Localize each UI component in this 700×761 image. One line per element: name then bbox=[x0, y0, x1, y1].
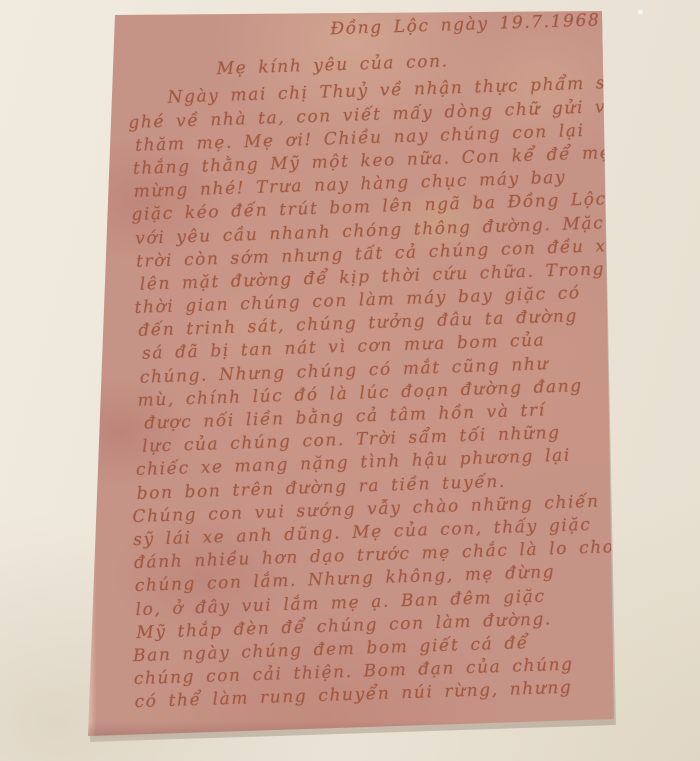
letter-paper: Đồng Lộc ngày 19.7.1968 Mẹ kính yêu của … bbox=[88, 11, 615, 737]
letter-date-line: Đồng Lộc ngày 19.7.1968 bbox=[330, 8, 634, 41]
letter-body: Ngày mai chị Thuỷ về nhận thực phẩm sẽgh… bbox=[130, 72, 655, 714]
dust-speck bbox=[638, 10, 643, 14]
photo-backdrop: Đồng Lộc ngày 19.7.1968 Mẹ kính yêu của … bbox=[0, 0, 700, 761]
letter-content: Đồng Lộc ngày 19.7.1968 Mẹ kính yêu của … bbox=[128, 3, 656, 714]
